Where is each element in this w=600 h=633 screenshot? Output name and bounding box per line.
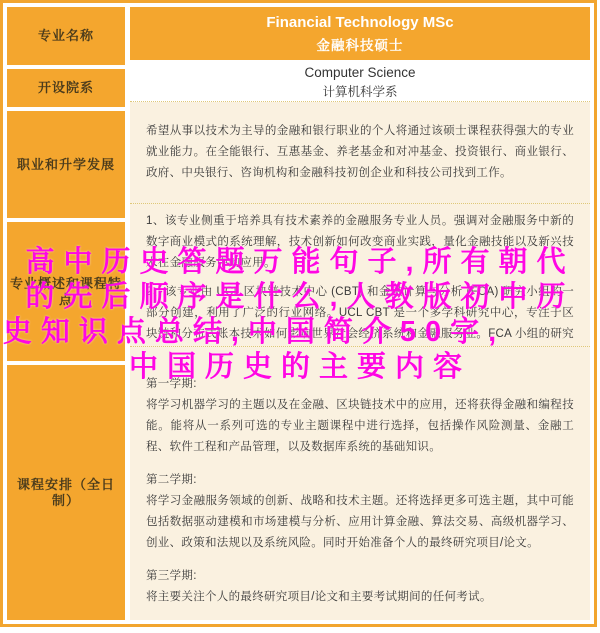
program-name-chinese: 金融科技硕士 <box>317 34 404 54</box>
term-2-block: 第二学期: 将学习金融服务领域的创新、战略和技术主题。还将选择更多可选主题，其中… <box>146 470 574 554</box>
term-2-title: 第二学期: <box>146 470 574 491</box>
course-schedule-cell: 第一学期: 将学习机器学习的主题以及在金融、区块链技术中的应用，还将获得金融和编… <box>130 347 590 620</box>
program-name-cell: Financial Technology MSc 金融科技硕士 <box>130 7 590 60</box>
row-label-course-schedule: 课程安排（全日制） <box>7 365 125 620</box>
department-english: Computer Science <box>304 65 415 80</box>
row-label-program-name: 专业名称 <box>7 7 125 65</box>
term-3-title: 第三学期: <box>146 566 574 587</box>
term-1-title: 第一学期: <box>146 374 574 395</box>
department-cell: Computer Science 计算机科学系 <box>130 64 590 102</box>
row-label-column: 专业名称 开设院系 职业和升学发展 专业概述和课程特点 课程安排（全日制） <box>7 7 125 620</box>
overview-point-1: 1、该专业侧重于培养具有技术素养的金融服务专业人员。强调对金融服务中新的数字商业… <box>146 211 574 274</box>
row-label-career-development: 职业和升学发展 <box>7 111 125 218</box>
term-2-text: 将学习金融服务领域的创新、战略和技术主题。还将选择更多可选主题，其中可能包括数据… <box>146 491 574 554</box>
term-3-block: 第三学期: 将主要关注个人的最终研究项目/论文和主要考试期间的任何考试。 <box>146 566 574 608</box>
content-column: Financial Technology MSc 金融科技硕士 Computer… <box>130 7 590 620</box>
career-development-cell: 希望从事以技术为主导的金融和银行职业的个人将通过该硕士课程获得强大的专业就业能力… <box>130 102 590 204</box>
program-name-english: Financial Technology MSc <box>266 14 453 31</box>
row-label-department: 开设院系 <box>7 69 125 107</box>
term-3-text: 将主要关注个人的最终研究项目/论文和主要考试期间的任何考试。 <box>146 587 574 608</box>
program-info-table: 专业名称 开设院系 职业和升学发展 专业概述和课程特点 课程安排（全日制） Fi… <box>0 0 597 627</box>
row-label-program-overview: 专业概述和课程特点 <box>7 222 125 361</box>
career-development-text: 希望从事以技术为主导的金融和银行职业的个人将通过该硕士课程获得强大的专业就业能力… <box>146 121 574 184</box>
term-1-block: 第一学期: 将学习机器学习的主题以及在金融、区块链技术中的应用，还将获得金融和编… <box>146 374 574 458</box>
program-overview-cell: 1、该专业侧重于培养具有技术素养的金融服务专业人员。强调对金融服务中新的数字商业… <box>130 204 590 347</box>
department-chinese: 计算机科学系 <box>322 82 397 100</box>
term-1-text: 将学习机器学习的主题以及在金融、区块链技术中的应用，还将获得金融和编程技能。能将… <box>146 395 574 458</box>
